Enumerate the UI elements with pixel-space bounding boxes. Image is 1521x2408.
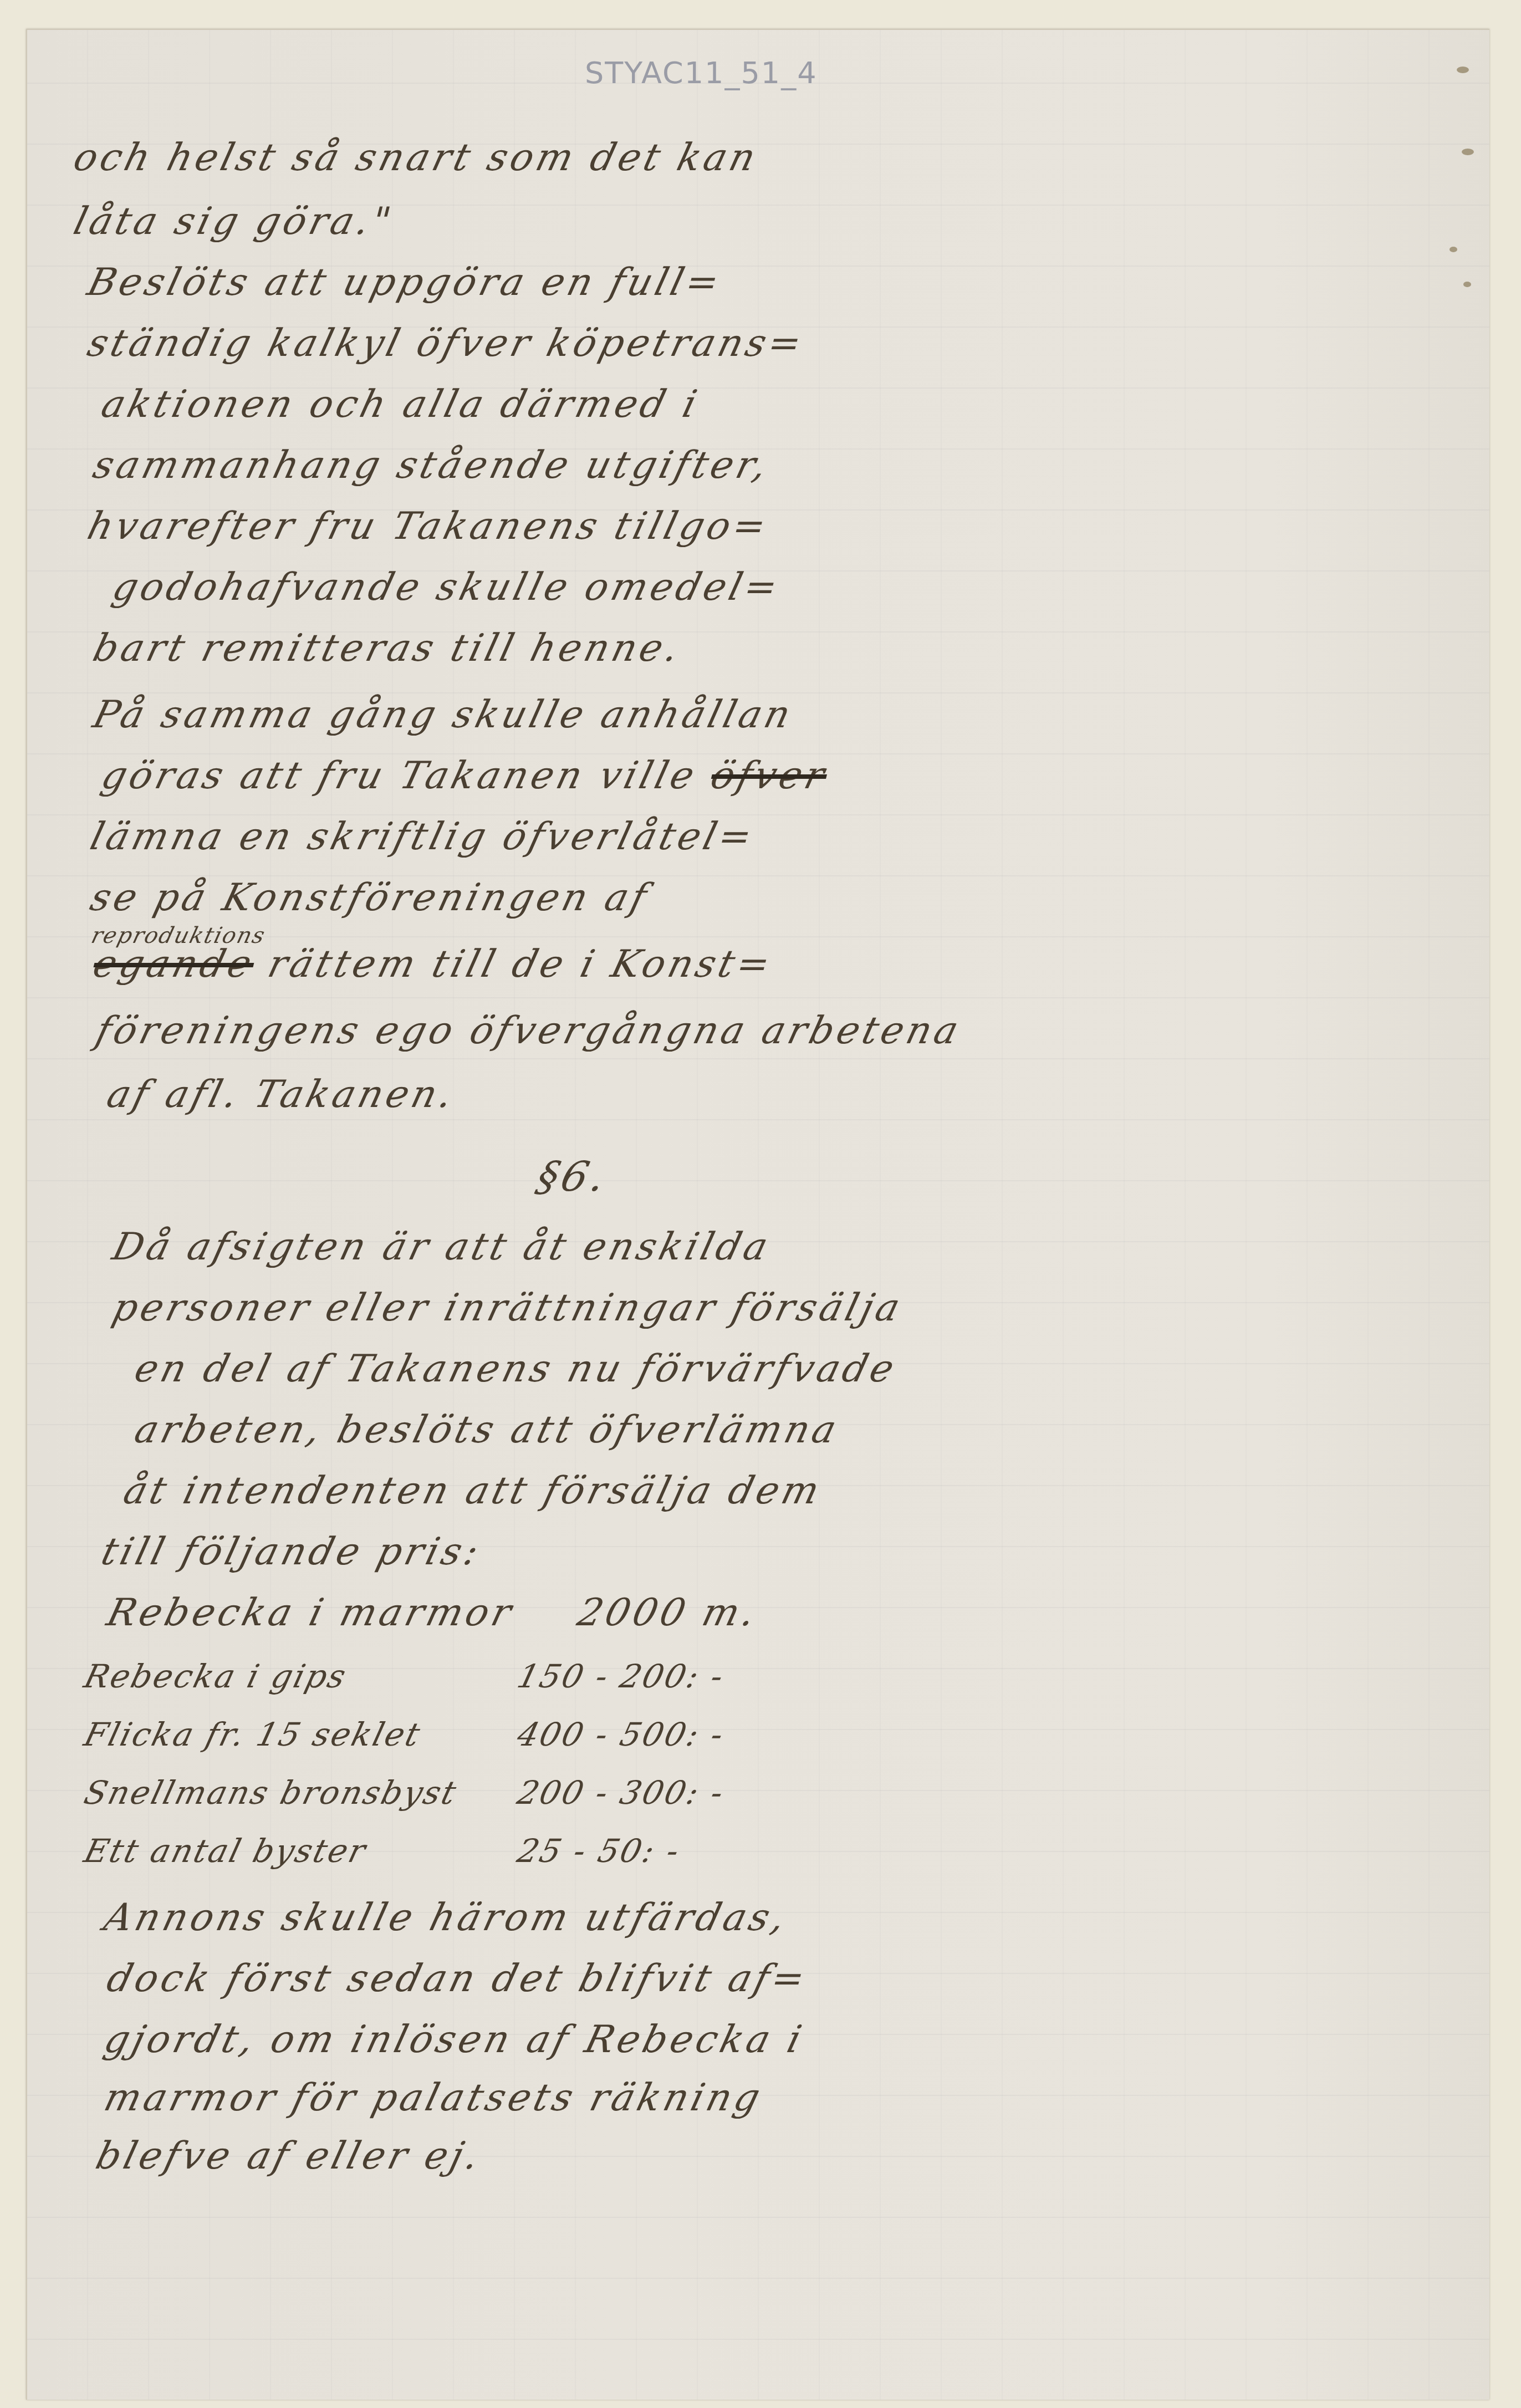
section-heading: §6. xyxy=(532,1153,614,1201)
text-line: egande rättem till de i Konst= xyxy=(89,942,778,986)
text-line: och helst så snart som det kan xyxy=(69,136,763,180)
text-line: Beslöts att uppgöra en full= xyxy=(83,261,727,304)
text-line: Då afsigten är att åt enskilda xyxy=(108,1225,775,1269)
text-line: en del af Takanens nu förvärfvade xyxy=(130,1347,902,1391)
price-row: Ett antal byster 25 - 50: - xyxy=(80,1832,921,1870)
binding-hole-mark xyxy=(1457,67,1469,73)
price-item: Ett antal byster xyxy=(80,1832,511,1870)
struck-word: öfver xyxy=(706,754,832,798)
text-line: Annons skulle härom utfärdas, xyxy=(100,1896,793,1940)
text-line: låta sig göra." xyxy=(69,200,399,243)
price-item: Snellmans bronsbyst xyxy=(80,1774,511,1812)
binding-hole-mark xyxy=(1449,247,1457,252)
text-line-content: göras att fru Takanen ville xyxy=(97,754,702,798)
text-line: ständig kalkyl öfver köpetrans= xyxy=(83,322,809,365)
price-value: 150 - 200: - xyxy=(513,1657,728,1695)
binding-hole-mark xyxy=(1463,282,1471,287)
price-value: 400 - 500: - xyxy=(513,1716,728,1753)
text-line: till följande pris: xyxy=(97,1530,486,1574)
text-line: dock först sedan det blifvit af= xyxy=(103,1957,813,2001)
text-line: af afl. Takanen. xyxy=(103,1073,461,1116)
text-line: arbeten, beslöts att öfverlämna xyxy=(130,1408,844,1452)
text-line: blefve af eller ej. xyxy=(91,2134,487,2178)
price-item: Rebecka i marmor xyxy=(103,1591,519,1635)
price-value: 25 - 50: - xyxy=(513,1832,685,1870)
price-row: Snellmans bronsbyst 200 - 300: - xyxy=(80,1774,921,1812)
text-line: hvarefter fru Takanens tillgo= xyxy=(83,504,774,548)
text-line: På samma gång skulle anhållan xyxy=(89,693,798,737)
price-item: Flicka fr. 15 seklet xyxy=(80,1716,511,1753)
text-line: aktionen och alla därmed i xyxy=(97,382,705,426)
price-row: Rebecka i marmor 2000 m. xyxy=(103,1591,763,1635)
text-line: föreningens ego öfvergångna arbetena xyxy=(91,1009,966,1053)
price-row: Flicka fr. 15 seklet 400 - 500: - xyxy=(80,1716,921,1753)
price-value: 2000 m. xyxy=(573,1591,763,1635)
text-line: marmor för palatsets räkning xyxy=(100,2076,768,2120)
price-item: Rebecka i gips xyxy=(80,1657,511,1695)
text-line: göras att fru Takanen ville öfver xyxy=(97,754,832,798)
text-line: sammanhang stående utgifter, xyxy=(89,443,775,487)
text-line: gjordt, om inlösen af Rebecka i xyxy=(100,2018,809,2062)
text-line-content: rättem till de i Konst= xyxy=(264,942,778,986)
struck-word: egande xyxy=(89,942,259,986)
text-line: åt intendenten att försälja dem xyxy=(119,1469,827,1513)
archive-id-pencil-note: STYAC11_51_4 xyxy=(585,55,818,90)
text-line: se på Konstföreningen af xyxy=(86,876,654,920)
price-row: Rebecka i gips 150 - 200: - xyxy=(80,1657,921,1695)
binding-hole-mark xyxy=(1462,149,1474,155)
price-value: 200 - 300: - xyxy=(513,1774,728,1812)
text-line: bart remitteras till henne. xyxy=(89,626,686,670)
text-line: godohafvande skulle omedel= xyxy=(108,565,785,609)
text-line: personer eller inrättningar försälja xyxy=(108,1286,907,1330)
text-line: lämna en skriftlig öfverlåtel= xyxy=(86,815,759,859)
